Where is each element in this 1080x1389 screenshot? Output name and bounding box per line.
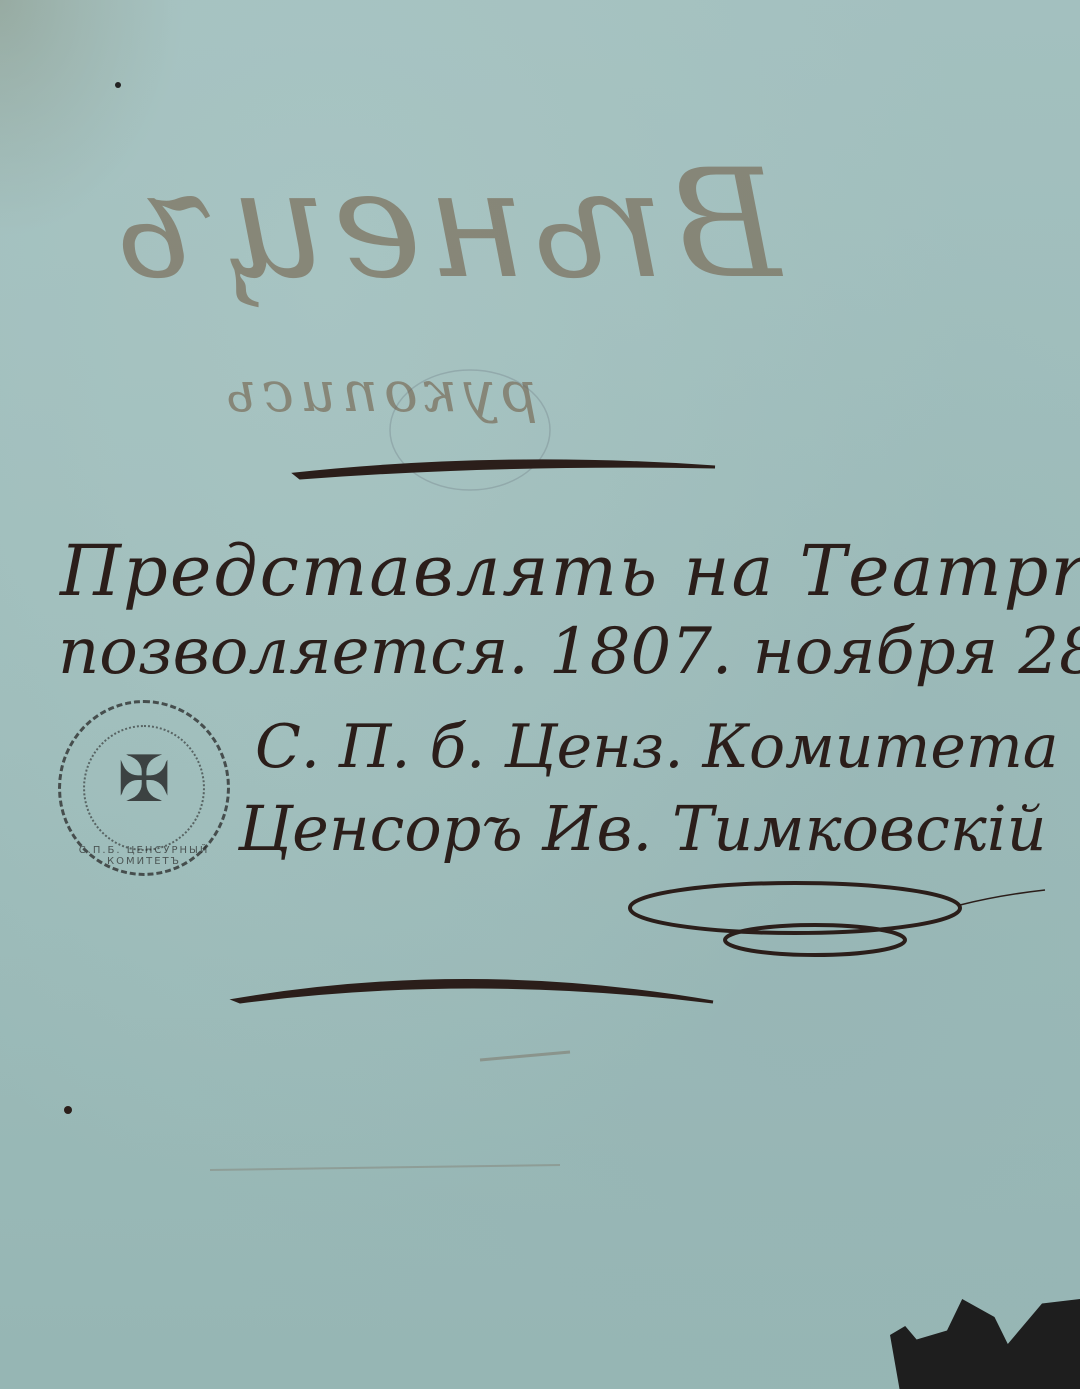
inscription-date: позволяется. 1807. ноября 28 bbox=[58, 615, 1080, 689]
double-headed-eagle-icon: ✠ bbox=[61, 743, 227, 817]
signature-loop-inner bbox=[725, 925, 905, 955]
inscription-line-1: Представлять на Театрѣ bbox=[60, 530, 1080, 612]
inscription-line-2: позволяется. 1807. ноября 28го bbox=[58, 615, 1080, 689]
censor-signature: Ценсоръ Ив. Тимковскій bbox=[238, 792, 1047, 865]
inscription-line-3: С. П. б. Ценз. Комитета bbox=[255, 712, 1059, 782]
seal-legend: С.П.Б. ЦЕНСУРНЫЙ КОМИТЕТЪ bbox=[61, 845, 227, 867]
censorship-seal: ✠ С.П.Б. ЦЕНСУРНЫЙ КОМИТЕТЪ bbox=[58, 700, 230, 876]
upper-rule bbox=[295, 461, 715, 478]
lower-rule bbox=[235, 980, 713, 1002]
ink-flourishes bbox=[0, 0, 1080, 1389]
manuscript-page: Вѣнецъ рукопись Представлять на Театрѣ п… bbox=[0, 0, 1080, 1389]
